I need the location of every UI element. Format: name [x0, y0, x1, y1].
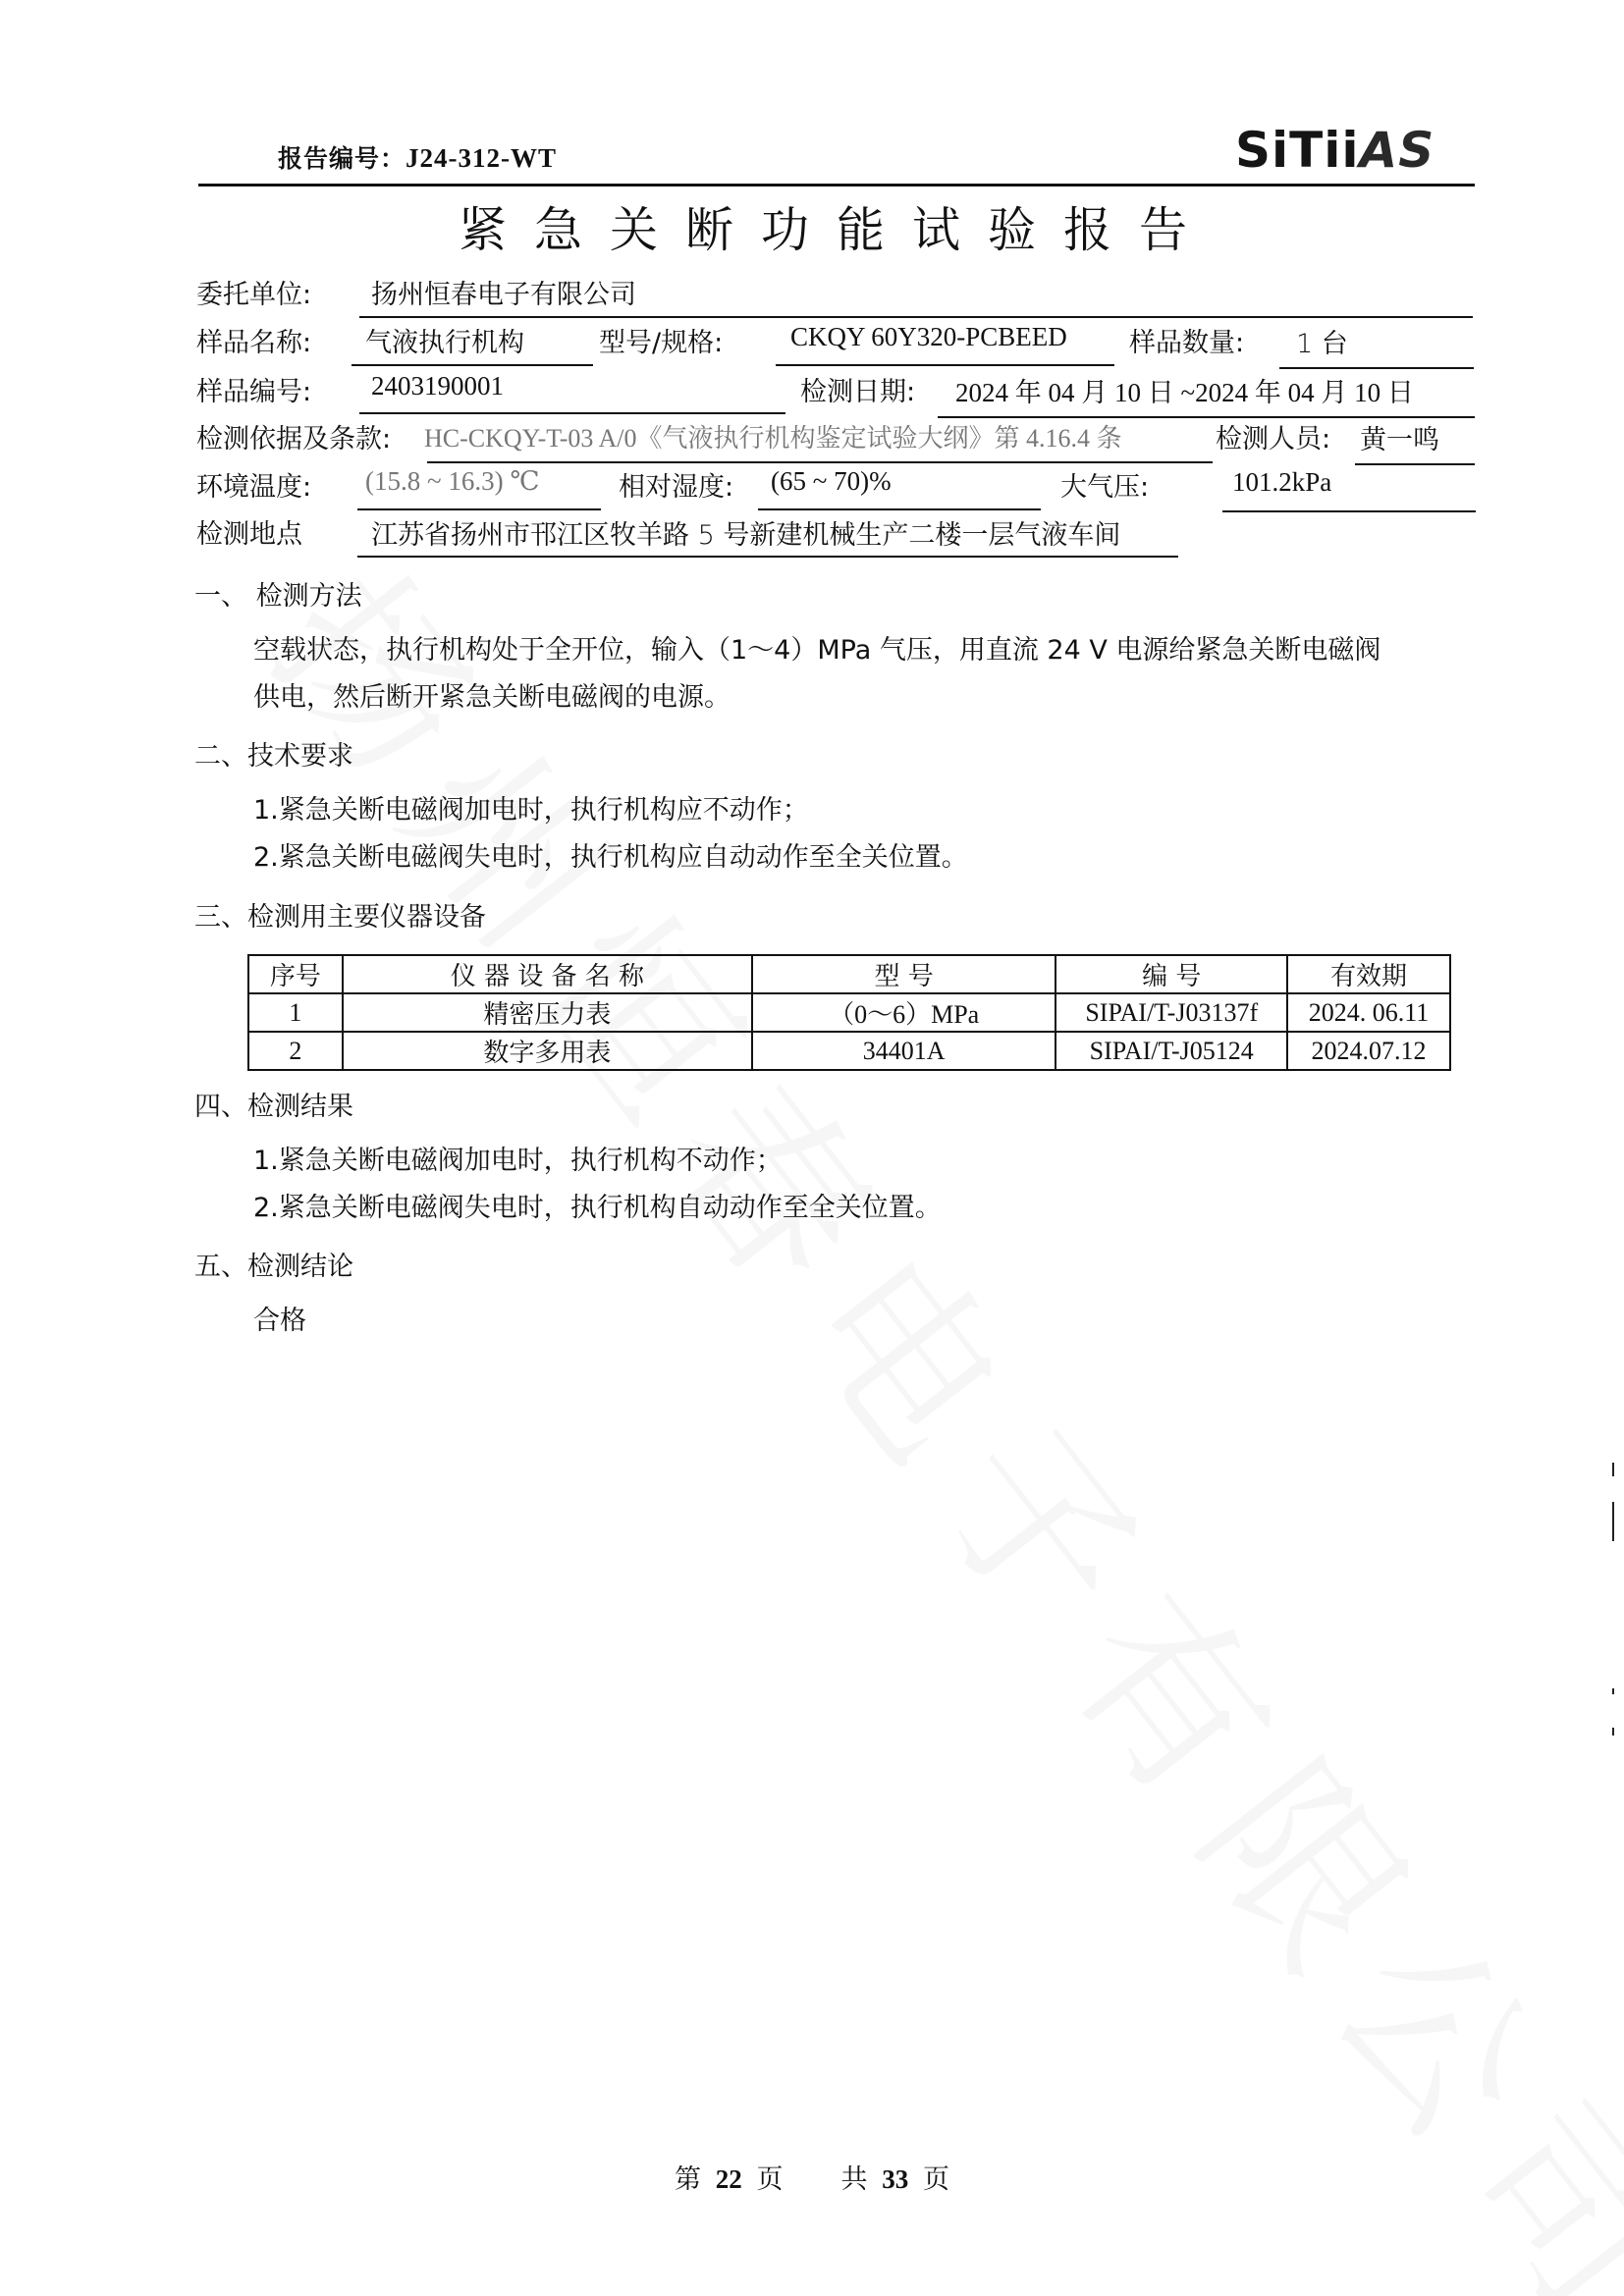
sample-name-label: 样品名称: — [196, 321, 311, 359]
test-date-label: 检测日期: — [800, 370, 915, 408]
quantity-underline — [1279, 367, 1474, 369]
cell-name: 精密压力表 — [343, 993, 752, 1032]
page-number: 22 — [716, 2164, 742, 2194]
humidity-label: 相对湿度: — [619, 465, 733, 504]
total-pages: 33 — [882, 2164, 908, 2194]
conclusion-text: 合格 — [253, 1299, 306, 1337]
col-header-validity: 有效期 — [1287, 955, 1450, 993]
sample-no-value: 2403190001 — [371, 371, 504, 401]
result-line-1: 1.紧急关断电磁阀加电时，执行机构不动作； — [253, 1139, 783, 1177]
total-unit: 页 — [923, 2164, 949, 2195]
section-heading-requirements: 二、技术要求 — [194, 734, 353, 773]
logo-text: SiTii — [1235, 122, 1360, 179]
inspector-label: 检测人员: — [1216, 417, 1330, 455]
sample-name-value: 气液执行机构 — [365, 321, 524, 359]
model-label: 型号/规格: — [599, 321, 723, 359]
method-line-2: 供电，然后断开紧急关断电磁阀的电源。 — [253, 675, 731, 714]
result-line-2: 2.紧急关断电磁阀失电时，执行机构自动动作至全关位置。 — [253, 1186, 942, 1224]
quantity-value: 1 台 — [1296, 322, 1348, 360]
equipment-table: 序号 仪 器 设 备 名 称 型 号 编 号 有效期 1 精密压力表 （0～6）… — [247, 954, 1451, 1071]
model-underline — [776, 364, 1114, 366]
client-underline — [359, 316, 1473, 318]
location-label: 检测地点 — [196, 512, 302, 551]
location-value: 江苏省扬州市邗江区牧羊路 5 号新建机械生产二楼一层气液车间 — [371, 513, 1120, 552]
col-header-index: 序号 — [248, 955, 343, 993]
table-row: 1 精密压力表 （0～6）MPa SIPAI/T-J03137f 2024. 0… — [248, 993, 1450, 1032]
cell-model: 34401A — [752, 1032, 1056, 1070]
temperature-value: (15.8 ~ 16.3) ℃ — [365, 466, 540, 497]
method-line-1: 空载状态，执行机构处于全开位，输入（1～4）MPa 气压，用直流 24 V 电源… — [253, 628, 1380, 667]
section-heading-results: 四、检测结果 — [194, 1085, 353, 1123]
page-title: 紧急关断功能试验报告 — [198, 192, 1475, 261]
cell-index: 2 — [248, 1032, 343, 1070]
inspector-underline — [1355, 463, 1475, 465]
sample-no-label: 样品编号: — [196, 370, 311, 408]
col-header-name: 仪 器 设 备 名 称 — [343, 955, 752, 993]
section-heading-conclusion: 五、检测结论 — [194, 1245, 353, 1283]
total-prefix: 共 — [841, 2164, 868, 2195]
model-value: CKQY 60Y320-PCBEED — [790, 322, 1067, 352]
pressure-value: 101.2kPa — [1232, 467, 1331, 498]
sample-name-underline — [352, 364, 593, 366]
sitiias-logo: SiTiiAS — [1235, 122, 1435, 179]
location-underline — [357, 556, 1178, 558]
cell-validity: 2024. 06.11 — [1287, 993, 1450, 1032]
client-value: 扬州恒春电子有限公司 — [371, 273, 636, 311]
requirement-line-1: 1.紧急关断电磁阀加电时，执行机构应不动作； — [253, 788, 809, 827]
cell-number: SIPAI/T-J05124 — [1056, 1032, 1287, 1070]
scan-mark — [1612, 1502, 1614, 1541]
humidity-value: (65 ~ 70)% — [771, 466, 892, 497]
cell-validity: 2024.07.12 — [1287, 1032, 1450, 1070]
col-header-model: 型 号 — [752, 955, 1056, 993]
cell-model: （0～6）MPa — [752, 993, 1056, 1032]
scan-mark — [1612, 1728, 1614, 1735]
inspector-value: 黄一鸣 — [1360, 418, 1439, 456]
cell-index: 1 — [248, 993, 343, 1032]
pressure-underline — [1222, 510, 1476, 512]
scan-mark — [1612, 1463, 1614, 1476]
scan-mark — [1612, 1688, 1614, 1694]
pressure-label: 大气压: — [1060, 465, 1149, 504]
page-unit: 页 — [757, 2164, 784, 2195]
table-row: 2 数字多用表 34401A SIPAI/T-J05124 2024.07.12 — [248, 1032, 1450, 1070]
header-rule — [198, 184, 1475, 187]
humidity-underline — [758, 508, 1041, 510]
report-number-value: J24-312-WT — [406, 143, 557, 173]
cell-name: 数字多用表 — [343, 1032, 752, 1070]
section-heading-method: 一、 检测方法 — [194, 574, 362, 613]
requirement-line-2: 2.紧急关断电磁阀失电时，执行机构应自动动作至全关位置。 — [253, 835, 968, 874]
page-prefix: 第 — [675, 2164, 701, 2195]
quantity-label: 样品数量: — [1129, 321, 1244, 359]
cell-number: SIPAI/T-J03137f — [1056, 993, 1287, 1032]
basis-underline — [427, 461, 1213, 463]
col-header-number: 编 号 — [1056, 955, 1287, 993]
basis-value: HC-CKQY-T-03 A/0《气液执行机构鉴定试验大纲》第 4.16.4 条 — [424, 418, 1121, 454]
page-footer: 第 22 页 共 33 页 — [0, 2158, 1624, 2196]
section-heading-equipment: 三、检测用主要仪器设备 — [194, 895, 486, 934]
report-number: 报告编号：J24-312-WT — [278, 139, 557, 175]
table-header-row: 序号 仪 器 设 备 名 称 型 号 编 号 有效期 — [248, 955, 1450, 993]
temperature-underline — [357, 508, 601, 510]
logo-text-accent: AS — [1360, 122, 1435, 179]
sample-no-underline — [359, 412, 785, 414]
report-number-label: 报告编号： — [278, 144, 406, 173]
temperature-label: 环境温度: — [196, 465, 311, 504]
basis-label: 检测依据及条款: — [196, 417, 391, 455]
test-date-value: 2024 年 04 月 10 日 ~2024 年 04 月 10 日 — [955, 371, 1414, 409]
client-label: 委托单位: — [196, 273, 311, 311]
